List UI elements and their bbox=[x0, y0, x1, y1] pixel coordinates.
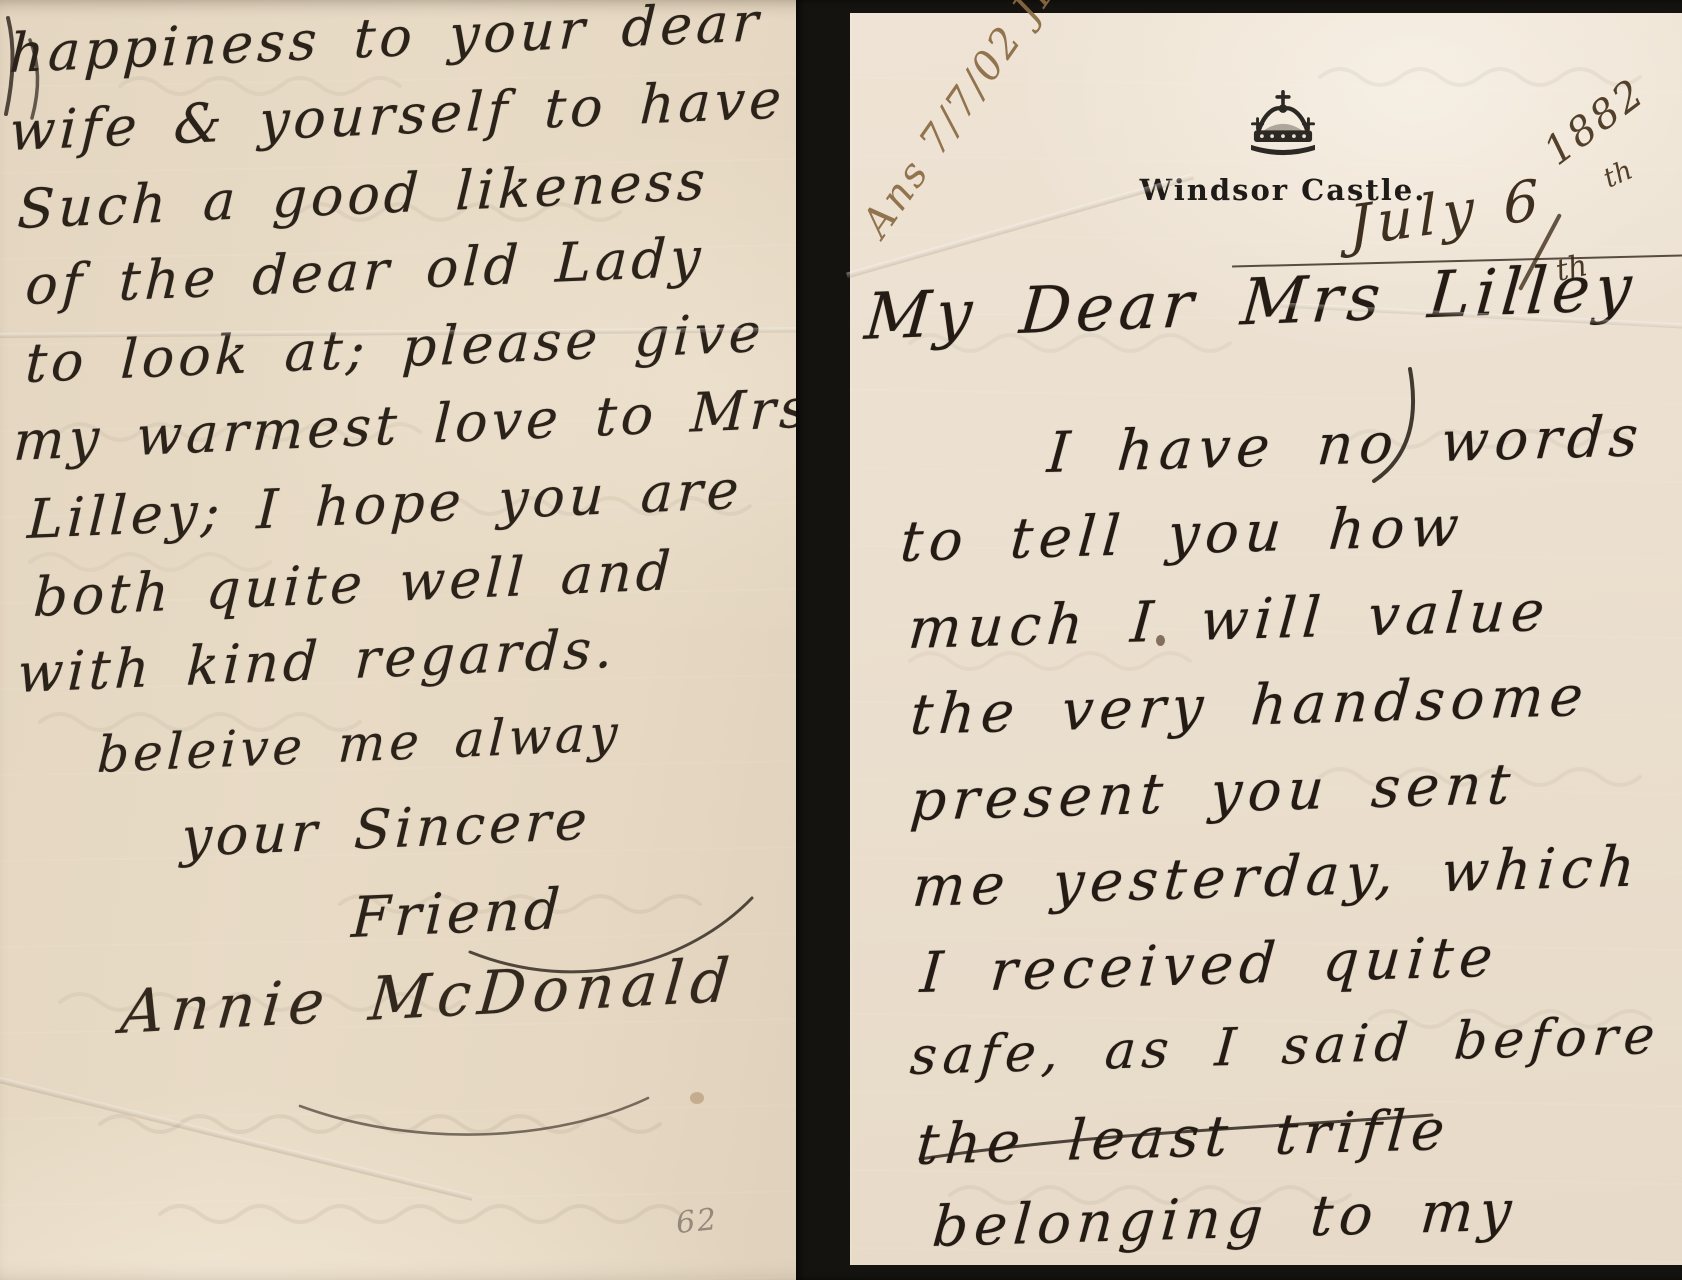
docket-year-suffix: th bbox=[1599, 155, 1637, 195]
handwritten-line: Such a good likeness bbox=[16, 149, 710, 241]
handwritten-line: the very handsome bbox=[908, 664, 1591, 748]
docket-year: 1882 bbox=[1536, 69, 1655, 174]
handwritten-line: wife & yourself to have bbox=[8, 67, 787, 163]
handwritten-line: I received quite bbox=[918, 925, 1501, 1006]
handwritten-line: to look at; please give bbox=[24, 301, 766, 395]
photo-mount: Ans 7/7/02 JHL bbox=[796, 0, 1682, 1280]
handwritten-line: much I will value bbox=[906, 579, 1553, 662]
signature: Annie McDonald bbox=[118, 945, 739, 1048]
salutation: My Dear Mrs Lilley bbox=[862, 251, 1639, 355]
letter-scan: happiness to your dear wife & yourself t… bbox=[0, 0, 1682, 1280]
handwritten-line: with kind regards. bbox=[16, 617, 618, 705]
handwritten-line: your Sincere bbox=[180, 789, 592, 869]
paper-crease bbox=[0, 1069, 473, 1201]
left-letter-page: happiness to your dear wife & yourself t… bbox=[0, 0, 843, 1280]
windsor-letter-page: Ans 7/7/02 JHL bbox=[850, 13, 1682, 1265]
handwritten-line: safe, as I said before bbox=[908, 1006, 1663, 1087]
handwritten-line: Lilley; I hope you are bbox=[26, 458, 744, 551]
handwritten-line: Friend bbox=[350, 877, 565, 951]
royal-crown-icon bbox=[1243, 89, 1323, 167]
handwritten-line: to tell you how bbox=[898, 494, 1467, 575]
pencil-page-number: 62 bbox=[674, 1202, 720, 1241]
handwritten-line: both quite well and bbox=[32, 539, 676, 629]
handwritten-line: beleive me alway bbox=[96, 704, 623, 784]
handwritten-line: I have no words bbox=[1045, 404, 1646, 486]
handwritten-line: the least trifle bbox=[914, 1098, 1453, 1178]
handwritten-line: of the dear old Lady bbox=[24, 225, 706, 317]
docket-annotation: Ans 7/7/02 JHL bbox=[853, 0, 1091, 245]
handwritten-line: present you sent bbox=[908, 752, 1518, 834]
handwritten-line: me yesterday, which bbox=[910, 834, 1643, 920]
paper-stain bbox=[690, 1092, 704, 1104]
handwritten-line: my warmest love to Mrs bbox=[12, 376, 813, 473]
handwritten-line: belonging to my bbox=[930, 1179, 1520, 1260]
